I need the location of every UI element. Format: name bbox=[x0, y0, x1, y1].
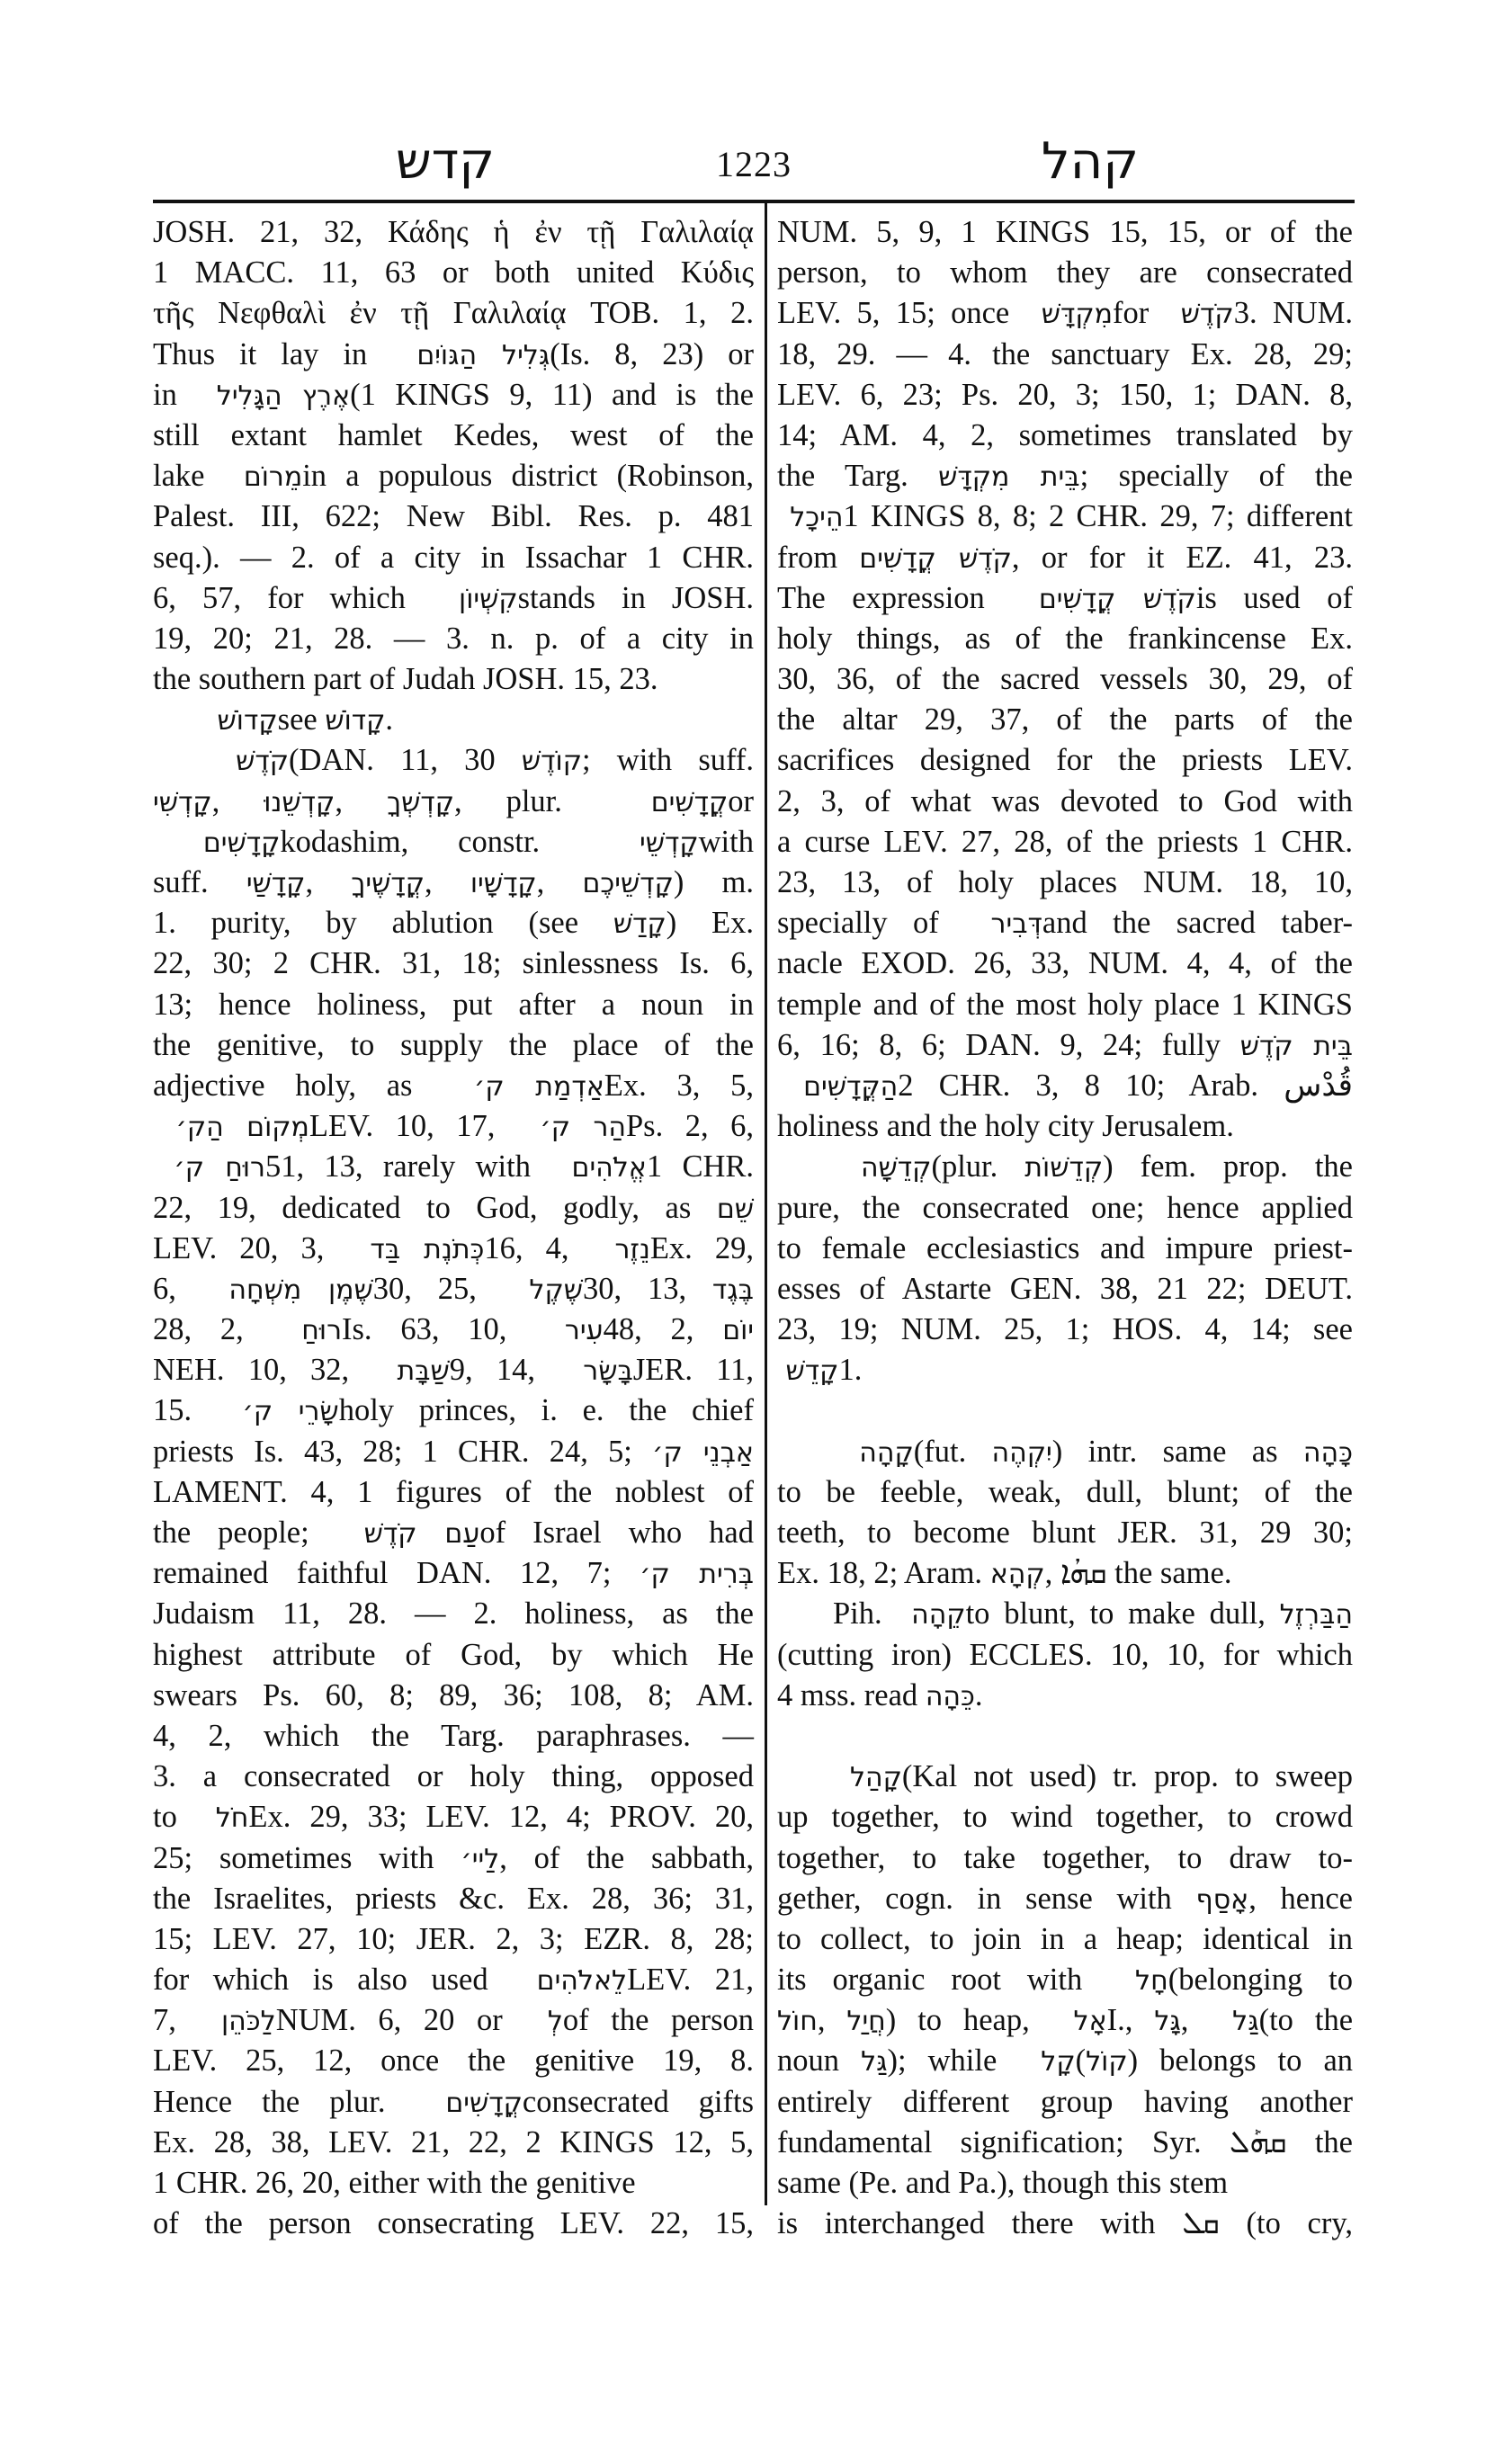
text-line: 1 MACC. 11, 63 or both united Κύδις bbox=[153, 253, 754, 293]
text-line: 30, 36, of the sacred vessels 30, 29, of bbox=[777, 659, 1353, 700]
text-line: still extant hamlet Kedes, west of the bbox=[153, 416, 754, 456]
text-line: to be feeble, weak, dull, blunt; of the bbox=[777, 1472, 1353, 1513]
text-line: the Israelites, priests &c. Ex. 28, 36; … bbox=[153, 1879, 754, 1919]
text-line: is interchanged there with ܩܠ (to cry, bbox=[777, 2204, 1353, 2244]
text-line: Ex. 28, 38, LEV. 21, 22, 2 KINGS 12, 5, bbox=[153, 2123, 754, 2163]
text-line: חוֹל, חֲיַל) to heap, אָל I., גָּל, גַּל… bbox=[777, 2000, 1353, 2041]
text-line: 15; LEV. 27, 10; JER. 2, 3; EZR. 8, 28; bbox=[153, 1919, 754, 1960]
hebrew-word: שֶׁמֶן מִשְׁחָה bbox=[202, 1274, 373, 1306]
hebrew-word: אֶרֶץ הַגָּלִיל bbox=[196, 380, 350, 412]
text-line: the southern part of Judah JOSH. 15, 23. bbox=[153, 659, 754, 700]
text-line: Hence the plur. קֳדָשִׁים consecrated gi… bbox=[153, 2082, 754, 2123]
hebrew-word: קָדָשָׁיו bbox=[470, 868, 537, 899]
hebrew-word: קָדָשִׁים bbox=[153, 827, 280, 859]
hebrew-word: כְּתֹנֶת בַּד bbox=[346, 1234, 484, 1265]
text-line: together, to take together, to draw to- bbox=[777, 1838, 1353, 1879]
hebrew-word: אָסַף bbox=[1196, 1884, 1249, 1916]
hebrew-word: קָדְשֵׁי bbox=[589, 827, 699, 859]
hebrew-word: קֹדֶשׁ bbox=[209, 746, 289, 777]
text-line: suff. קָדָשַׁי, קֳדָשֶׁיךָ, קָדָשָׁיו, ק… bbox=[153, 863, 754, 903]
text-line: 1 CHR. 26, 20, either with the genitive bbox=[153, 2163, 754, 2204]
text-line: Pih. קֵהָה to blunt, to make dull, הַבַּ… bbox=[777, 1594, 1353, 1634]
hebrew-word: קָדֵשׁ bbox=[777, 1355, 838, 1387]
text-line: seq.). — 2. of a city in Issachar 1 CHR. bbox=[153, 538, 754, 578]
text-line: to collect, to join in a heap; identical… bbox=[777, 1919, 1353, 1960]
hebrew-word: דְּבִיר bbox=[964, 908, 1042, 940]
text-line: 22, 19, dedicated to God, godly, as שֵׁם bbox=[153, 1188, 754, 1229]
hebrew-word: נֵזֶר bbox=[592, 1234, 650, 1265]
text-line: קָדְשִׁי, קָדְשֵׁנוּ, קָדְשְׁךָ, plur. ק… bbox=[153, 782, 754, 822]
hebrew-word: קָדְשֵׁנוּ bbox=[264, 787, 335, 818]
hebrew-word: חוֹל bbox=[777, 2006, 818, 2037]
right-column: NUM. 5, 9, 1 KINGS 15, 15, or of thepers… bbox=[777, 212, 1353, 2244]
text-line: the altar 29, 37, of the parts of the bbox=[777, 700, 1353, 740]
text-line: up together, to wind together, to crowd bbox=[777, 1797, 1353, 1837]
hebrew-word: בֶּגֶד bbox=[712, 1274, 754, 1306]
text-line: noun גַּל); while קָל (קוֹל) belongs to … bbox=[777, 2041, 1353, 2081]
text-line: 4, 2, which the Targ. paraphrases. — bbox=[153, 1716, 754, 1757]
text-line: the people; עַם קֹדֶשׁ of Israel who had bbox=[153, 1513, 754, 1553]
text-line: 4 mss. read כֵּהָה. bbox=[777, 1676, 1353, 1716]
hebrew-word: כֵּהָה bbox=[926, 1681, 975, 1712]
text-line: 19, 20; 21, 28. — 3. n. p. of a city in bbox=[153, 619, 754, 659]
text-line: of the person consecrating LEV. 22, 15, bbox=[153, 2204, 754, 2244]
hebrew-word: קוֹל bbox=[1086, 2046, 1128, 2078]
text-line: The expression קֹדֶשׁ קֳדָשִׁים is used … bbox=[777, 578, 1353, 619]
text-line: קֹדֶשׁ (DAN. 11, 30 קוֹדֶשׁ; with suff. bbox=[153, 740, 754, 781]
text-line: its organic root with חָל (belonging to bbox=[777, 1960, 1353, 2000]
text-line: remained faithful DAN. 12, 7; בְּרִית ק׳ bbox=[153, 1553, 754, 1594]
hebrew-word: יִקְהֶה bbox=[992, 1437, 1052, 1469]
text-line: holy things, as of the frankincense Ex. bbox=[777, 619, 1353, 659]
text-line bbox=[777, 1390, 1353, 1431]
hebrew-word: שֵׁם bbox=[717, 1194, 754, 1225]
text-line: הַקֳּדָשִׁים 2 CHR. 3, 8 10; Arab. قُدْس bbox=[777, 1066, 1353, 1106]
hebrew-word: לַכֹּהֵן bbox=[198, 2006, 275, 2037]
text-line: holiness and the holy city Jerusalem. bbox=[777, 1106, 1353, 1147]
hebrew-word: קָדְשִׁי bbox=[153, 787, 212, 818]
text-line: (cutting iron) ECCLES. 10, 10, for which bbox=[777, 1635, 1353, 1676]
hebrew-word: קָהָה bbox=[833, 1437, 914, 1469]
text-line: 23, 19; NUM. 25, 1; HOS. 4, 14; see bbox=[777, 1310, 1353, 1350]
hebrew-word: קָהַל bbox=[833, 1762, 902, 1793]
text-line: nacle EXOD. 26, 33, NUM. 4, 4, of the bbox=[777, 943, 1353, 984]
text-line: fundamental signification; Syr. ܩܗܰܠ the bbox=[777, 2123, 1353, 2163]
hebrew-word: הַקֳּדָשִׁים bbox=[777, 1071, 898, 1103]
hebrew-word: הַבַּרְזֶל bbox=[1280, 1599, 1353, 1631]
text-line: specially of דְּבִיר and the sacred tabe… bbox=[777, 903, 1353, 943]
hebrew-word: קֳדָשֶׁיךָ bbox=[351, 868, 425, 899]
hebrew-word: חֲיַל bbox=[846, 2006, 885, 2037]
text-line: a curse LEV. 27, 28, of the priests 1 CH… bbox=[777, 822, 1353, 863]
text-line: LEV. 5, 15; once מִקְדָּשׁ for קֹדֶשׁ 3.… bbox=[777, 293, 1353, 334]
text-line: קְדֵשָׁה (plur. קְדֵשׁוֹת) fem. prop. th… bbox=[777, 1147, 1353, 1187]
text-line: 28, 2, רוּחַ Is. 63, 10, עִיר 48, 2, יוֹ… bbox=[153, 1310, 754, 1350]
text-line: 1. purity, by ablution (see קָדַשׁ) Ex. bbox=[153, 903, 754, 943]
text-line: 7, לַכֹּהֵן NUM. 6, 20 or לְ of the pers… bbox=[153, 2000, 754, 2041]
hebrew-word: בְּרִית ק׳ bbox=[640, 1559, 754, 1590]
text-line: the Targ. בֵּית מִקְדָּשׁ; specially of … bbox=[777, 456, 1353, 496]
hebrew-word: מִקְדָּשׁ bbox=[1025, 299, 1114, 330]
hebrew-word: גַּל bbox=[861, 2046, 887, 2078]
hebrew-word: גָּל bbox=[1154, 2006, 1180, 2037]
text-line: the genitive, to supply the place of the bbox=[153, 1025, 754, 1066]
hebrew-word: לַיי׳ bbox=[461, 1844, 499, 1875]
hebrew-word: קְהָא bbox=[990, 1559, 1045, 1590]
text-line: Thus it lay in גְּלִיל הַגּוֹיִם (Is. 8,… bbox=[153, 335, 754, 375]
text-line: 22, 30; 2 CHR. 31, 18; sinlessness Is. 6… bbox=[153, 943, 754, 984]
hebrew-word: בָּשָׂר bbox=[559, 1355, 633, 1387]
text-line: LEV. 6, 23; Ps. 20, 3; 150, 1; DAN. 8, bbox=[777, 375, 1353, 416]
text-line: Ex. 18, 2; Aram. קְהָא, ܩܗܳܐ the same. bbox=[777, 1553, 1353, 1594]
text-line: 3. a consecrated or holy thing, opposed bbox=[153, 1757, 754, 1797]
text-line: 14; AM. 4, 2, sometimes translated by bbox=[777, 416, 1353, 456]
text-line: הֵיכָל 1 KINGS 8, 8; 2 CHR. 29, 7; diffe… bbox=[777, 496, 1353, 537]
text-line: gether, cogn. in sense with אָסַף, hence bbox=[777, 1879, 1353, 1919]
hebrew-word: לֵאלֹהִים bbox=[512, 1965, 627, 1997]
text-line: highest attribute of God, by which He bbox=[153, 1635, 754, 1676]
right-running-headword: קהל bbox=[1042, 126, 1139, 198]
hebrew-word: יוֹם bbox=[722, 1315, 754, 1346]
text-line: for which is also used לֵאלֹהִים LEV. 21… bbox=[153, 1960, 754, 2000]
text-line: NEH. 10, 32, שַׁבָּת 9, 14, בָּשָׂר JER.… bbox=[153, 1350, 754, 1390]
text-line: 13; hence holiness, put after a noun in bbox=[153, 985, 754, 1025]
hebrew-word: חָל bbox=[1108, 1965, 1168, 1997]
text-line: swears Ps. 60, 8; 89, 36; 108, 8; AM. bbox=[153, 1676, 754, 1716]
text-line: קָהָה (fut. יִקְהֶה) intr. same as כָּהָ… bbox=[777, 1432, 1353, 1472]
text-line: τῆς Νεφθαλὶ ἐν τῇ Γαλιλαίᾳ TOB. 1, 2. bbox=[153, 293, 754, 334]
hebrew-word: מְקוֹם הַק׳ bbox=[153, 1112, 309, 1143]
hebrew-word: קְדֵשָׁה bbox=[833, 1152, 931, 1184]
hebrew-word: הַר ק׳ bbox=[517, 1112, 626, 1143]
text-line: to female ecclesiastics and impure pries… bbox=[777, 1229, 1353, 1269]
text-line: רוּחַ ק׳ 51, 13, rarely with אֱלֹהִים 1 … bbox=[153, 1147, 754, 1187]
text-line: from קֹדֶשׁ קֳדָשִׁים, or for it EZ. 41,… bbox=[777, 538, 1353, 578]
hebrew-word: שֶׁקֶל bbox=[503, 1274, 583, 1306]
hebrew-word: שַׁבָּת bbox=[372, 1355, 449, 1387]
text-line: מְקוֹם הַק׳ LEV. 10, 17, הַר ק׳ Ps. 2, 6… bbox=[153, 1106, 754, 1147]
hebrew-word: עִיר bbox=[535, 1315, 603, 1346]
hebrew-word: קִשְׁיוֹן bbox=[432, 584, 518, 615]
text-line bbox=[777, 1716, 1353, 1757]
hebrew-word: לְ bbox=[524, 2006, 563, 2037]
text-line: sacrifices designed for the priests LEV. bbox=[777, 740, 1353, 781]
text-line: entirely different group having another bbox=[777, 2082, 1353, 2123]
text-line: 18, 29. — 4. the sanctuary Ex. 28, 29; bbox=[777, 335, 1353, 375]
text-line: LEV. 20, 3, כְּתֹנֶת בַּד 16, 4, נֵזֶר E… bbox=[153, 1229, 754, 1269]
hebrew-word: גַּל bbox=[1210, 2006, 1258, 2037]
hebrew-word: קָדוֹשׁ bbox=[325, 705, 385, 737]
text-line: 15. שָׂרֵי ק׳ holy princes, i. e. the ch… bbox=[153, 1390, 754, 1431]
text-line: same (Pe. and Pa.), though this stem bbox=[777, 2163, 1353, 2204]
left-column: JOSH. 21, 32, Κάδης ἡ ἐν τῇ Γαλιλαίᾳ1 MA… bbox=[153, 212, 754, 2244]
text-line: esses of Astarte GEN. 38, 21 22; DEUT. bbox=[777, 1269, 1353, 1310]
hebrew-word: קָדְשֵׁיכֶם bbox=[582, 868, 673, 899]
hebrew-word: קֹדֶשׁ קֳדָשִׁים bbox=[859, 543, 1012, 575]
hebrew-word: בֵּית קֹדֶשׁ bbox=[1240, 1031, 1353, 1062]
hebrew-word: אָל bbox=[1051, 2006, 1107, 2037]
hebrew-word: אֱלֹהִים bbox=[550, 1152, 647, 1184]
hebrew-word: קָל bbox=[1018, 2046, 1075, 2078]
text-line: קָדָשִׁים kodashim, constr. קָדְשֵׁי wit… bbox=[153, 822, 754, 863]
text-line: קָדֵשׁ 1. bbox=[777, 1350, 1353, 1390]
text-line: JOSH. 21, 32, Κάδης ἡ ἐν τῇ Γαλιλαίᾳ bbox=[153, 212, 754, 253]
hebrew-word: קָדַשׁ bbox=[613, 908, 667, 940]
page-number: 1223 bbox=[153, 142, 1355, 187]
hebrew-word: חֹל bbox=[196, 1802, 249, 1834]
hebrew-word: קֹדֶשׁ קֳדָשִׁים bbox=[1011, 584, 1195, 615]
text-line: teeth, to become blunt JER. 31, 29 30; bbox=[777, 1513, 1353, 1553]
hebrew-word: קֹדֶשׁ bbox=[1165, 299, 1234, 330]
hebrew-word: קֵהָה bbox=[896, 1599, 965, 1631]
text-line: temple and of the most holy place 1 KING… bbox=[777, 985, 1353, 1025]
hebrew-word: קָדוֹשׁ bbox=[209, 705, 278, 737]
hebrew-word: רוּחַ ק׳ bbox=[153, 1152, 265, 1184]
text-line: 2, 3, of what was devoted to God with bbox=[777, 782, 1353, 822]
text-line: 6, 16; 8, 6; DAN. 9, 24; fully בֵּית קֹד… bbox=[777, 1025, 1353, 1066]
header-rule bbox=[153, 200, 1355, 203]
text-line: Judaism 11, 28. — 2. holiness, as the bbox=[153, 1594, 754, 1634]
text-line: 25; sometimes with לַיי׳, of the sabbath… bbox=[153, 1838, 754, 1879]
text-line: 6, 57, for which קִשְׁיוֹן stands in JOS… bbox=[153, 578, 754, 619]
text-line: קָהַל (Kal not used) tr. prop. to sweep bbox=[777, 1757, 1353, 1797]
hebrew-word: קֳדָשִׁים bbox=[606, 787, 728, 818]
text-line: pure, the consecrated one; hence applied bbox=[777, 1188, 1353, 1229]
text-line: person, to whom they are consecrated bbox=[777, 253, 1353, 293]
hebrew-word: אַבְנֵי ק׳ bbox=[652, 1437, 754, 1469]
text-line: priests Is. 43, 28; 1 CHR. 24, 5; אַבְנֵ… bbox=[153, 1432, 754, 1472]
hebrew-word: שָׂרֵי ק׳ bbox=[217, 1396, 339, 1427]
dictionary-page: קדש 1223 קהל JOSH. 21, 32, Κάδης ἡ ἐν τῇ… bbox=[0, 0, 1512, 2450]
text-line: 6, שֶׁמֶן מִשְׁחָה 30, 25, שֶׁקֶל 30, 13… bbox=[153, 1269, 754, 1310]
hebrew-word: בֵּית מִקְדָּשׁ bbox=[938, 461, 1079, 493]
hebrew-word: אַדְמַת ק׳ bbox=[443, 1071, 604, 1103]
hebrew-word: הֵיכָל bbox=[777, 502, 843, 533]
text-line: lake מֵרוֹם in a populous district (Robi… bbox=[153, 456, 754, 496]
hebrew-word: גְּלִיל הַגּוֹיִם bbox=[391, 340, 550, 371]
hebrew-word: רוּחַ bbox=[273, 1315, 342, 1346]
text-line: 23, 13, of holy places NUM. 18, 10, bbox=[777, 863, 1353, 903]
hebrew-word: מֵרוֹם bbox=[224, 461, 303, 493]
text-line: in אֶרֶץ הַגָּלִיל (1 KINGS 9, 11) and i… bbox=[153, 375, 754, 416]
text-line: LEV. 25, 12, once the genitive 19, 8. bbox=[153, 2041, 754, 2081]
hebrew-word: קָדְשְׁךָ bbox=[387, 787, 454, 818]
hebrew-word: כָּהָה bbox=[1303, 1437, 1353, 1469]
text-line: קָדוֹשׁ see קָדוֹשׁ. bbox=[153, 700, 754, 740]
text-line: LAMENT. 4, 1 figures of the noblest of bbox=[153, 1472, 754, 1513]
text-line: NUM. 5, 9, 1 KINGS 15, 15, or of the bbox=[777, 212, 1353, 253]
hebrew-word: עַם קֹדֶשׁ bbox=[336, 1518, 480, 1550]
hebrew-word: קְדֵשׁוֹת bbox=[1024, 1152, 1103, 1184]
text-line: Palest. III, 622; New Bibl. Res. p. 481 bbox=[153, 496, 754, 537]
hebrew-word: קָדָשַׁי bbox=[246, 868, 306, 899]
text-line: to חֹל Ex. 29, 33; LEV. 12, 4; PROV. 20, bbox=[153, 1797, 754, 1837]
running-header: קדש 1223 קהל bbox=[153, 126, 1355, 198]
hebrew-word: קֳדָשִׁים bbox=[415, 2088, 522, 2119]
text-line: adjective holy, as אַדְמַת ק׳ Ex. 3, 5, bbox=[153, 1066, 754, 1106]
column-divider bbox=[765, 203, 767, 2205]
hebrew-word: קוֹדֶשׁ bbox=[522, 746, 582, 777]
